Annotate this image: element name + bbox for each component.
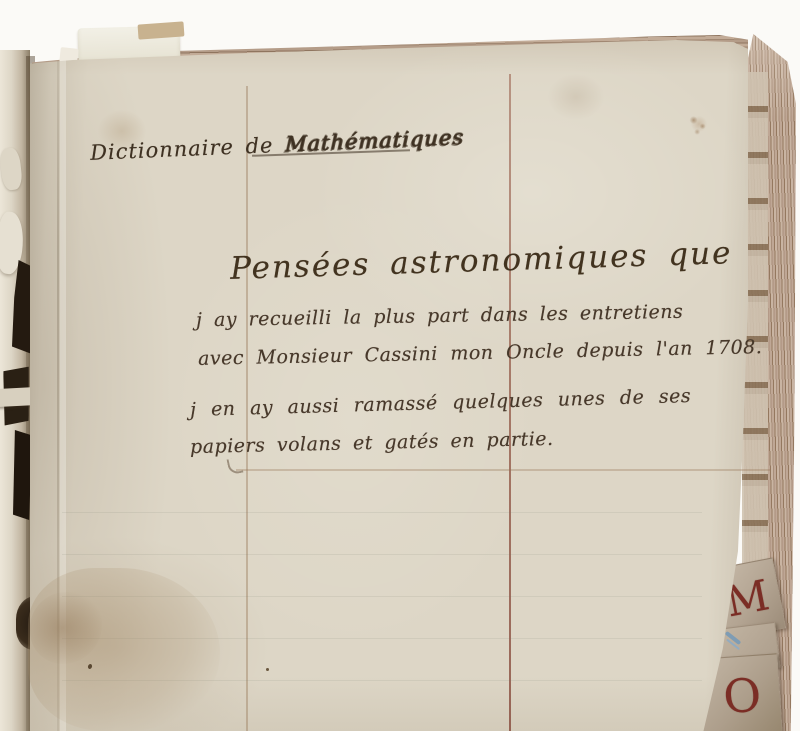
spine-damage-slot (13, 430, 32, 520)
showthrough-line (62, 512, 702, 513)
horizontal-ruling (236, 469, 770, 471)
foxing-spot (684, 110, 714, 138)
stain-top-center (548, 74, 604, 120)
bookmark-tab-fragment (138, 21, 185, 39)
tab-letter-o: O (722, 670, 781, 720)
showthrough-line (62, 554, 702, 555)
ink-speck (266, 668, 269, 671)
